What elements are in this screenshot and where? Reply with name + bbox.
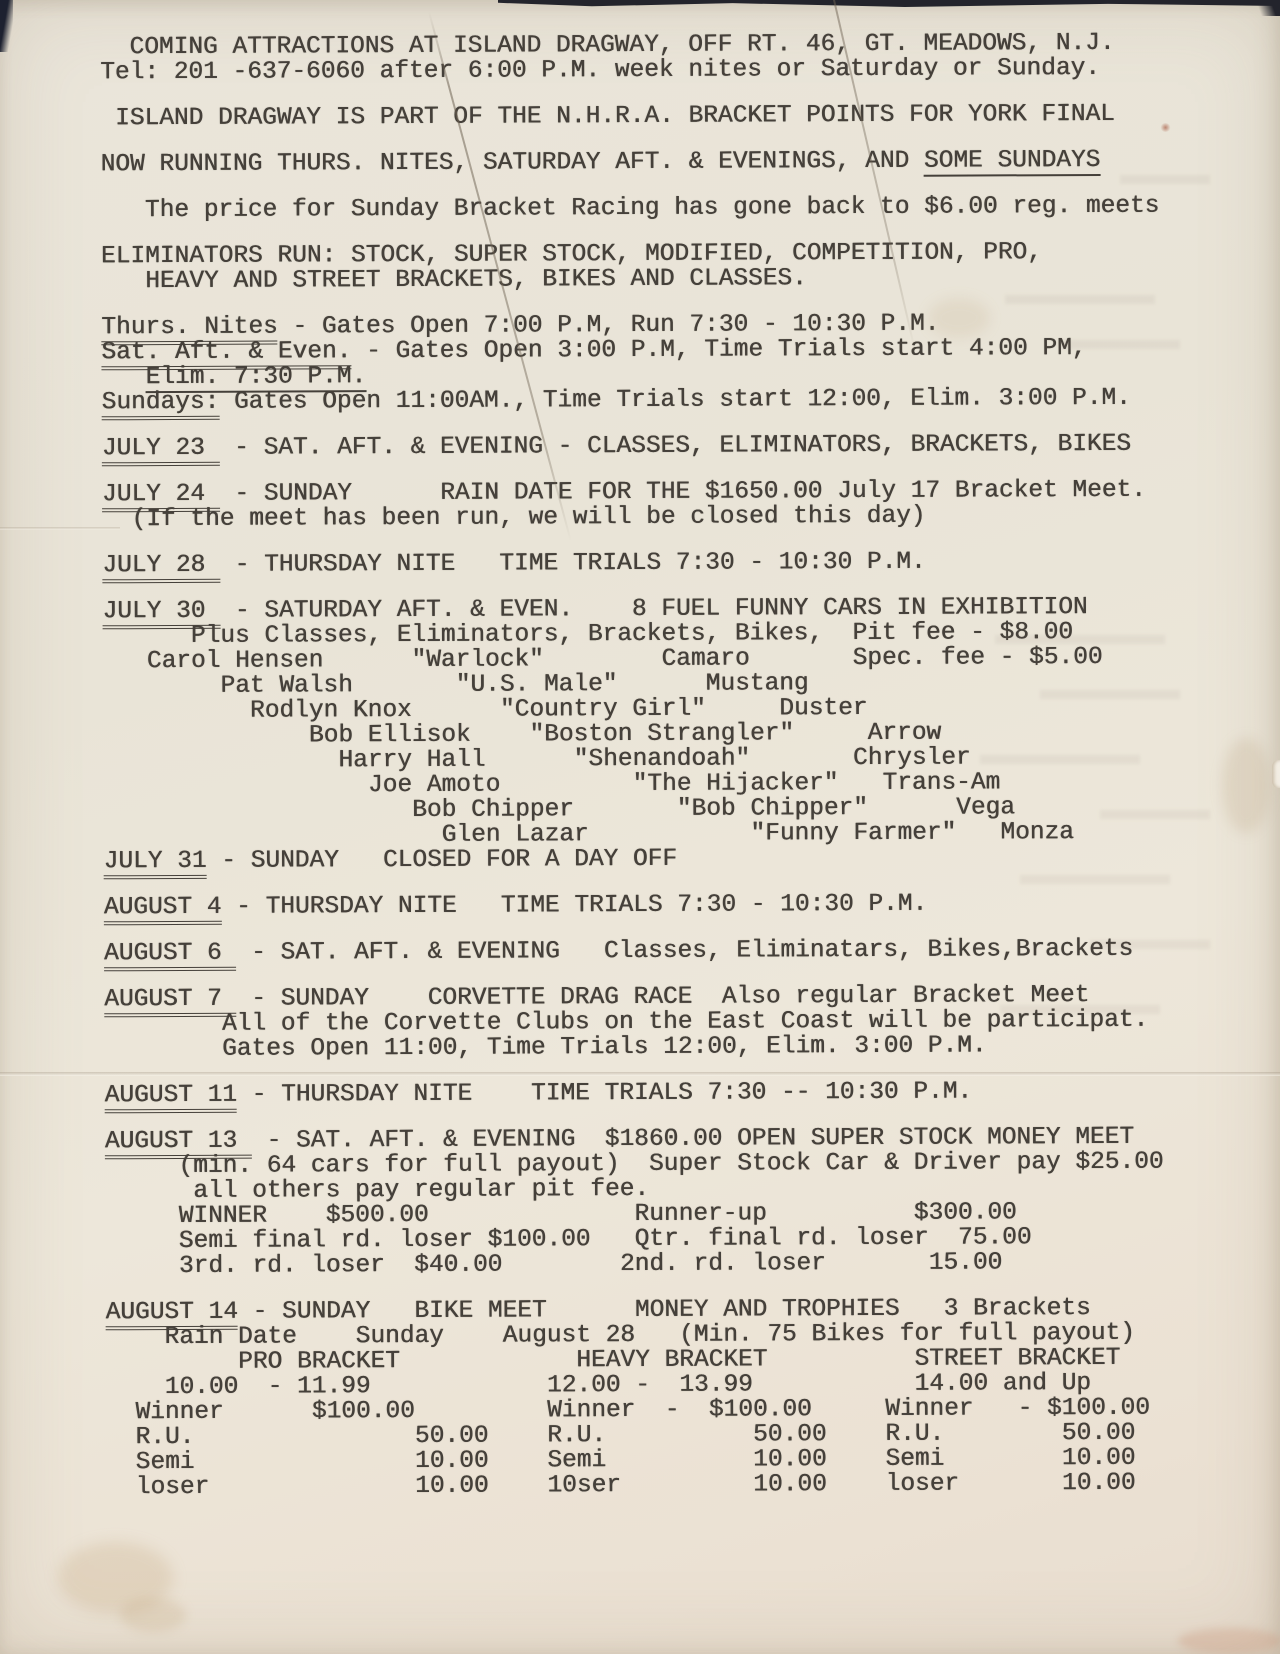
document-line: (If the meet has been run, we will be cl… xyxy=(102,503,1161,533)
document-line: (min. 64 cars for full payout) Super Sto… xyxy=(105,1150,1164,1180)
bleed-through-mark xyxy=(1090,940,1210,949)
underlined-label: JULY 23 xyxy=(102,435,220,467)
text-segment: loser 10.00 10ser 10.00 loser 10.00 xyxy=(106,1470,1135,1501)
document-line: ISLAND DRAGWAY IS PART OF THE N.H.R.A. B… xyxy=(100,102,1159,132)
document-line: Sundays: Gates Open 11:00AM., Time Trial… xyxy=(102,386,1161,416)
text-segment: Gates Open 11:00, Time Trials 12:00, Eli… xyxy=(104,1032,986,1063)
document-section: AUGUST 14 - SUNDAY BIKE MEET MONEY AND T… xyxy=(106,1296,1165,1501)
bleed-through-mark xyxy=(1020,875,1170,884)
document-section: AUGUST 4 - THURSDAY NITE TIME TRIALS 7:3… xyxy=(104,891,1163,921)
bleed-through-mark xyxy=(1000,1005,1160,1014)
text-segment: - SUNDAY CLOSED FOR A DAY OFF xyxy=(206,846,677,875)
document-line: Semi final rd. loser $100.00 Qtr. final … xyxy=(105,1225,1164,1255)
document-section: AUGUST 7 - SUNDAY CORVETTE DRAG RACE Als… xyxy=(104,983,1163,1063)
text-segment: Gates Open 11:00AM., Time Trials start 1… xyxy=(219,385,1131,416)
document-line: 3rd. rd. loser $40.00 2nd. rd. loser 15.… xyxy=(105,1250,1164,1280)
document-line: JULY 23 - SAT. AFT. & EVENING - CLASSES,… xyxy=(102,432,1161,462)
document-line: Gates Open 11:00, Time Trials 12:00, Eli… xyxy=(104,1033,1163,1063)
stain xyxy=(120,1598,186,1632)
bleed-through-mark xyxy=(1040,690,1180,699)
text-segment: NOW RUNNING THURS. NITES, SATURDAY AFT. … xyxy=(101,148,924,179)
document-section: Thurs. Nites - Gates Open 7:00 P.M, Run … xyxy=(101,311,1160,416)
document-line: loser 10.00 10ser 10.00 loser 10.00 xyxy=(106,1471,1165,1501)
document-section: JULY 28 - THURSDAY NITE TIME TRIALS 7:30… xyxy=(102,549,1161,579)
document-line: JULY 24 - SUNDAY RAIN DATE FOR THE $1650… xyxy=(102,478,1161,508)
bleed-through-mark xyxy=(1060,340,1180,349)
bleed-through-mark xyxy=(995,635,1165,644)
document-line: JULY 31 - SUNDAY CLOSED FOR A DAY OFF xyxy=(104,845,1163,875)
document-section: ISLAND DRAGWAY IS PART OF THE N.H.R.A. B… xyxy=(100,102,1159,132)
document-section: NOW RUNNING THURS. NITES, SATURDAY AFT. … xyxy=(101,148,1160,178)
text-segment: - SAT. AFT. & EVENING Classes, Eliminata… xyxy=(236,936,1133,967)
text-segment: Tel: 201 -637-6060 after 6:00 P.M. week … xyxy=(100,55,1100,86)
underlined-label: AUGUST 4 xyxy=(104,894,222,926)
text-segment: 3rd. rd. loser $40.00 2nd. rd. loser 15.… xyxy=(105,1249,1002,1280)
document-line: Tel: 201 -637-6060 after 6:00 P.M. week … xyxy=(100,56,1159,86)
text-segment: - SAT. AFT. & EVENING - CLASSES, ELIMINA… xyxy=(219,431,1131,462)
torn-edge-notch xyxy=(1272,760,1280,788)
bleed-through-mark xyxy=(1005,295,1155,304)
underlined-label: JULY 31 xyxy=(104,848,207,879)
stain xyxy=(1160,123,1171,132)
text-segment: - THURSDAY NITE TIME TRIALS 7:30 - 10:30… xyxy=(221,891,927,921)
document-line: NOW RUNNING THURS. NITES, SATURDAY AFT. … xyxy=(101,148,1160,178)
fold-crease xyxy=(0,527,120,530)
underlined-label: JULY 28 xyxy=(102,552,220,584)
scanned-document-page: COMING ATTRACTIONS AT ISLAND DRAGWAY, OF… xyxy=(0,0,1280,1654)
underlined-label: SOME SUNDAYS xyxy=(924,147,1101,177)
document-line: AUGUST 4 - THURSDAY NITE TIME TRIALS 7:3… xyxy=(104,891,1163,921)
stain xyxy=(1222,738,1270,833)
scanner-corner-shadow xyxy=(0,0,13,52)
scanner-edge-strip xyxy=(498,0,1280,7)
document-section: JULY 24 - SUNDAY RAIN DATE FOR THE $1650… xyxy=(102,478,1161,533)
document-section: AUGUST 11 - THURSDAY NITE TIME TRIALS 7:… xyxy=(105,1079,1164,1109)
underlined-label: AUGUST 11 xyxy=(105,1082,237,1114)
document-section: AUGUST 13 - SAT. AFT. & EVENING $1860.00… xyxy=(105,1125,1164,1280)
stain xyxy=(1178,1628,1280,1654)
text-segment xyxy=(101,364,145,391)
underlined-label: AUGUST 6 xyxy=(104,940,236,972)
text-segment: - THURSDAY NITE TIME TRIALS 7:30 - 10:30… xyxy=(220,549,926,579)
document-line: The price for Sunday Bracket Racing has … xyxy=(101,194,1160,224)
text-segment: ISLAND DRAGWAY IS PART OF THE N.H.R.A. B… xyxy=(100,101,1115,132)
bleed-through-mark xyxy=(1100,810,1210,819)
document-line: Carol Hensen "Warlock" Camaro Spec. fee … xyxy=(103,645,1162,675)
scanner-corner-shadow xyxy=(1252,0,1280,16)
document-line: HEAVY AND STREET BRACKETS, BIKES AND CLA… xyxy=(101,265,1160,295)
document-section: AUGUST 6 - SAT. AFT. & EVENING Classes, … xyxy=(104,937,1163,967)
document-line: AUGUST 11 - THURSDAY NITE TIME TRIALS 7:… xyxy=(105,1079,1164,1109)
text-segment: - Gates Open 3:00 P.M, Time Trials start… xyxy=(351,335,1086,365)
stain xyxy=(928,298,990,338)
bleed-through-mark xyxy=(980,755,1140,764)
text-segment: - THURSDAY NITE TIME TRIALS 7:30 -- 10:3… xyxy=(237,1079,972,1109)
text-segment: The price for Sunday Bracket Racing has … xyxy=(101,193,1160,225)
document-section: COMING ATTRACTIONS AT ISLAND DRAGWAY, OF… xyxy=(100,31,1159,86)
underlined-label: Sundays: xyxy=(102,389,220,421)
document-line: Glen Lazar "Funny Farmer" Monza xyxy=(103,820,1162,850)
document-text: COMING ATTRACTIONS AT ISLAND DRAGWAY, OF… xyxy=(100,31,1165,1501)
document-line: JULY 28 - THURSDAY NITE TIME TRIALS 7:30… xyxy=(102,549,1161,579)
bleed-through-mark xyxy=(1120,175,1210,184)
text-segment: (If the meet has been run, we will be cl… xyxy=(102,503,925,534)
document-section: JULY 23 - SAT. AFT. & EVENING - CLASSES,… xyxy=(102,432,1161,462)
fold-crease xyxy=(0,1072,1280,1076)
document-section: ELIMINATORS RUN: STOCK, SUPER STOCK, MOD… xyxy=(101,240,1160,295)
document-section: The price for Sunday Bracket Racing has … xyxy=(101,194,1160,224)
text-segment: HEAVY AND STREET BRACKETS, BIKES AND CLA… xyxy=(101,265,807,295)
document-line: AUGUST 6 - SAT. AFT. & EVENING Classes, … xyxy=(104,937,1163,967)
document-line: ELIMINATORS RUN: STOCK, SUPER STOCK, MOD… xyxy=(101,240,1160,270)
document-line: Sat. Aft. & Even. - Gates Open 3:00 P.M,… xyxy=(101,336,1160,366)
